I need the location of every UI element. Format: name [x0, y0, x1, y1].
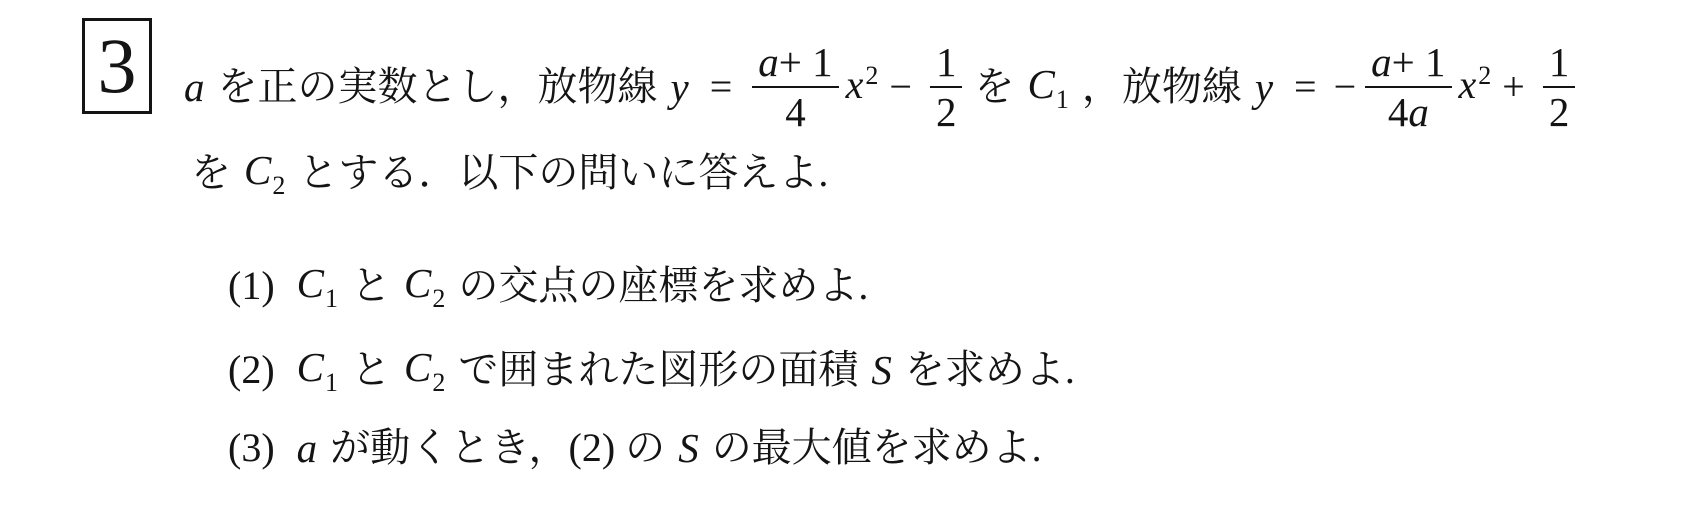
curve-label-c2: C2: [404, 256, 445, 316]
fraction-numerator: a + 1: [752, 39, 838, 88]
fraction-denominator: 2: [936, 88, 957, 135]
curve-label-c1: C1: [1027, 57, 1068, 117]
curve-label-c1: C1: [297, 340, 338, 400]
fraction-numerator: 1: [930, 39, 963, 88]
curve-label-c1: C1: [297, 256, 338, 316]
intro2-text-2: とする．以下の問いに答えよ.: [298, 146, 828, 200]
var-a: a: [297, 421, 318, 475]
intro-text-1: を正の実数とし，放物線: [218, 60, 658, 114]
var-a: a: [184, 60, 205, 114]
intro-text-2: を: [974, 60, 1014, 114]
var-x-squared-1: x2: [846, 58, 879, 117]
question-2-text: で囲まれた図形の面積: [458, 343, 858, 397]
curve-label-c2: C2: [404, 340, 445, 400]
equals-sign-2: =: [1294, 60, 1317, 114]
question-2-tail: を求めよ.: [905, 343, 1075, 397]
fraction-denominator: 4a: [1388, 88, 1429, 135]
question-3-tail: の最大値を求めよ.: [712, 421, 1042, 475]
plus-sign: +: [1502, 60, 1525, 114]
question-3: (3) a が動くとき，(2) の S の最大値を求めよ.: [228, 420, 1047, 476]
fraction-numerator: 1: [1543, 39, 1576, 88]
intro-text-3: ，放物線: [1082, 60, 1242, 114]
fraction-a-plus-1-over-4: a + 1 4: [752, 39, 838, 135]
fraction-denominator: 2: [1549, 88, 1570, 135]
exponent-2: 2: [865, 61, 878, 90]
fraction-a-plus-1-over-4a: a + 1 4a: [1365, 39, 1451, 135]
var-s: S: [678, 421, 699, 475]
fraction-1-over-2-second: 1 2: [1543, 39, 1576, 135]
var-y-1: y: [671, 60, 689, 114]
minus-sign: −: [889, 60, 912, 114]
fraction-1-over-2-first: 1 2: [930, 39, 963, 135]
curve-label-c2: C2: [244, 143, 285, 203]
fraction-denominator: 4: [785, 88, 806, 135]
var-y-2: y: [1255, 60, 1273, 114]
var-s: S: [871, 343, 892, 397]
math-problem-page: 3 a を正の実数とし，放物線 y = a + 1 4 x2 − 1 2 を C…: [0, 0, 1682, 516]
question-3-text: が動くとき，(2) の: [330, 421, 665, 475]
question-2-text-and: と: [351, 343, 391, 397]
problem-statement-line-2: を C2 とする．以下の問いに答えよ.: [186, 146, 833, 200]
question-2-label: (2): [228, 343, 275, 397]
question-1: (1) C1 と C2 の交点の座標を求めよ.: [228, 258, 873, 314]
problem-number: 3: [98, 27, 137, 105]
negative-sign: −: [1334, 60, 1357, 114]
question-1-text: の交点の座標を求めよ.: [458, 259, 868, 313]
equals-sign-1: =: [710, 60, 733, 114]
question-3-label: (3): [228, 421, 275, 475]
question-2: (2) C1 と C2 で囲まれた図形の面積 S を求めよ.: [228, 342, 1080, 398]
problem-statement-line-1: a を正の実数とし，放物線 y = a + 1 4 x2 − 1 2 を C1 …: [176, 32, 1582, 142]
question-1-text-and: と: [351, 259, 391, 313]
intro2-text-1: を: [191, 146, 231, 200]
problem-number-box: 3: [82, 18, 152, 114]
exponent-2: 2: [1478, 61, 1491, 90]
question-1-label: (1): [228, 259, 275, 313]
var-x-squared-2: x2: [1459, 58, 1492, 117]
fraction-numerator: a + 1: [1365, 39, 1451, 88]
